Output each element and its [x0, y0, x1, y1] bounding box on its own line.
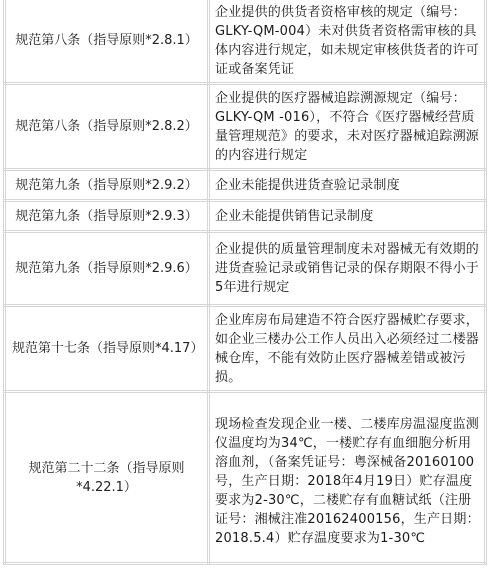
- finding-description: 企业提供的供货者资格审核的规定（编号：GLKY-QM-004）未对供货者资格需审…: [209, 0, 486, 84]
- regulation-reference: 规范第八条（指导原则*2.8.2）: [5, 84, 209, 170]
- table-row: 规范第九条（指导原则*2.9.6） 企业提供的质量管理制度未对器械无有效期的进货…: [5, 232, 486, 306]
- finding-description: 现场检查发现企业一楼、二楼库房温湿度监测仪温度均为34℃，一楼贮存有血细胞分析用…: [209, 392, 486, 564]
- regulation-reference: 规范第九条（指导原则*2.9.3）: [5, 201, 209, 232]
- table-row: 规范第十七条（指导原则*4.17） 企业库房布局建造不符合医疗器械贮存要求，如企…: [5, 306, 486, 392]
- table-row: 规范第二十二条（指导原则*4.22.1） 现场检查发现企业一楼、二楼库房温湿度监…: [5, 392, 486, 564]
- regulation-reference: 规范第二十二条（指导原则*4.22.1）: [5, 392, 209, 564]
- finding-description: 企业提供的医疗器械追踪溯源规定（编号：GLKY-QM -016），不符合《医疗器…: [209, 84, 486, 170]
- finding-description: 企业未能提供进货查验记录制度: [209, 170, 486, 201]
- table-row: 规范第九条（指导原则*2.9.3） 企业未能提供销售记录制度: [5, 201, 486, 232]
- finding-description: 企业库房布局建造不符合医疗器械贮存要求，如企业三楼办公工作人员出入必须经过二楼器…: [209, 306, 486, 392]
- regulation-reference: 规范第十七条（指导原则*4.17）: [5, 306, 209, 392]
- table-row: 规范第八条（指导原则*2.8.1） 企业提供的供货者资格审核的规定（编号：GLK…: [5, 0, 486, 84]
- inspection-findings-table: 规范第八条（指导原则*2.8.1） 企业提供的供货者资格审核的规定（编号：GLK…: [3, 0, 487, 565]
- finding-description: 企业未能提供销售记录制度: [209, 201, 486, 232]
- table-row: 规范第九条（指导原则*2.9.2） 企业未能提供进货查验记录制度: [5, 170, 486, 201]
- finding-description: 企业提供的质量管理制度未对器械无有效期的进货查验记录或销售记录的保存期限不得小于…: [209, 232, 486, 306]
- table-row: 规范第八条（指导原则*2.8.2） 企业提供的医疗器械追踪溯源规定（编号：GLK…: [5, 84, 486, 170]
- regulation-reference: 规范第八条（指导原则*2.8.1）: [5, 0, 209, 84]
- regulation-reference: 规范第九条（指导原则*2.9.6）: [5, 232, 209, 306]
- regulation-reference: 规范第九条（指导原则*2.9.2）: [5, 170, 209, 201]
